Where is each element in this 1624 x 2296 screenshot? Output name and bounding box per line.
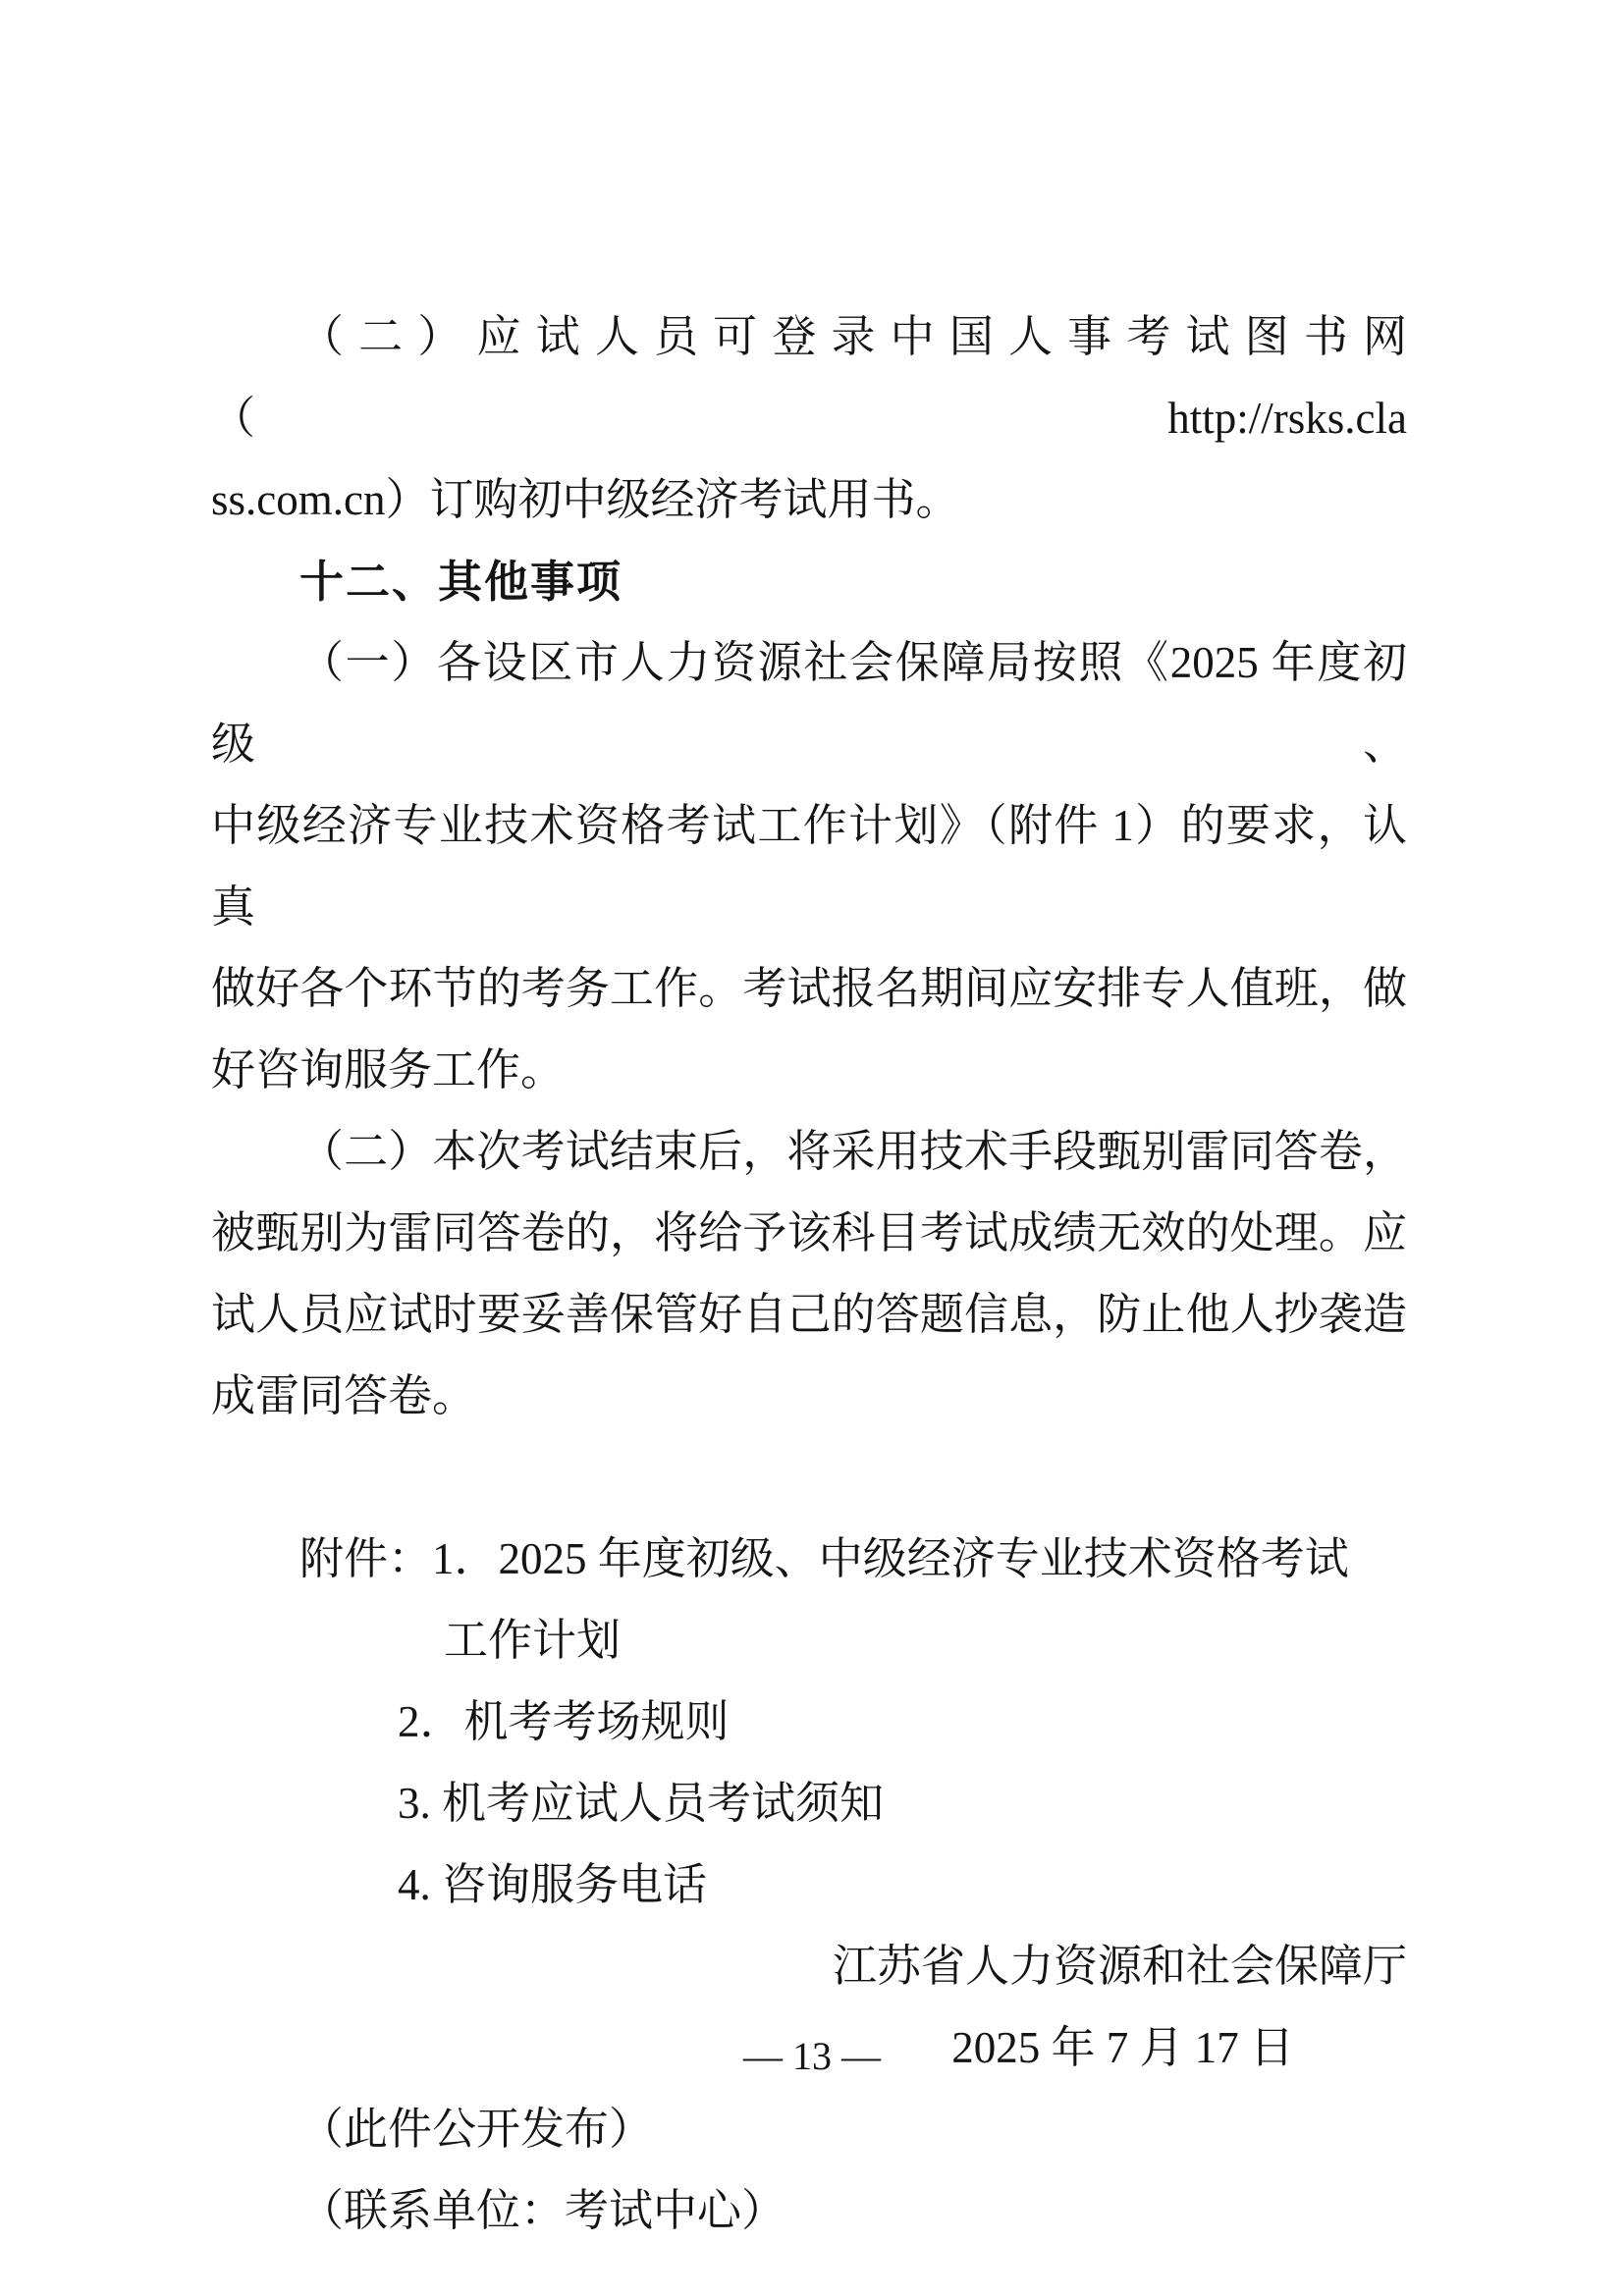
para-identical-papers-line-4: 成雷同答卷。 bbox=[211, 1356, 1407, 1437]
section-heading: 十二、其他事项 bbox=[211, 541, 1407, 622]
para-identical-papers-line-2: 被甄别为雷同答卷的，将给予该科目考试成绩无效的处理。应 bbox=[211, 1193, 1407, 1274]
document-body: （二）应试人员可登录中国人事考试图书网（http://rsks.cla ss.c… bbox=[211, 296, 1407, 2252]
attachment-item-3: 3. 机考应试人员考试须知 bbox=[211, 1763, 1407, 1844]
blank-line bbox=[211, 1437, 1407, 1519]
para-order-book-line-2: ss.com.cn）订购初中级经济考试用书。 bbox=[211, 459, 1407, 541]
para-order-book-line-1: （二）应试人员可登录中国人事考试图书网（http://rsks.cla bbox=[211, 296, 1407, 459]
contact-unit-note: （联系单位：考试中心） bbox=[211, 2170, 1407, 2252]
document-page: （二）应试人员可登录中国人事考试图书网（http://rsks.cla ss.c… bbox=[0, 0, 1624, 2296]
page-number: — 13 — bbox=[0, 2032, 1624, 2081]
attachment-item-2: 2．机考考场规则 bbox=[211, 1682, 1407, 1763]
public-release-note: （此件公开发布） bbox=[211, 2089, 1407, 2170]
para-identical-papers-line-3: 试人员应试时要妥善保管好自己的答题信息，防止他人抄袭造 bbox=[211, 1274, 1407, 1356]
para-exam-plan-line-3: 做好各个环节的考务工作。考试报名期间应安排专人值班，做 bbox=[211, 948, 1407, 1030]
para-exam-plan-line-4: 好咨询服务工作。 bbox=[211, 1030, 1407, 1111]
para-exam-plan-line-2: 中级经济专业技术资格考试工作计划》（附件 1）的要求，认真 bbox=[211, 785, 1407, 948]
attachment-item-4: 4. 咨询服务电话 bbox=[211, 1844, 1407, 1926]
para-exam-plan-line-1: （一）各设区市人力资源社会保障局按照《2025 年度初级、 bbox=[211, 622, 1407, 785]
issuing-authority-signature: 江苏省人力资源和社会保障厅 bbox=[211, 1926, 1407, 2007]
attachments-label-line: 附件：1．2025 年度初级、中级经济专业技术资格考试 bbox=[211, 1519, 1407, 1600]
para-identical-papers-line-1: （二）本次考试结束后，将采用技术手段甄别雷同答卷， bbox=[211, 1111, 1407, 1193]
attachment-item-1-continuation: 工作计划 bbox=[211, 1600, 1407, 1682]
